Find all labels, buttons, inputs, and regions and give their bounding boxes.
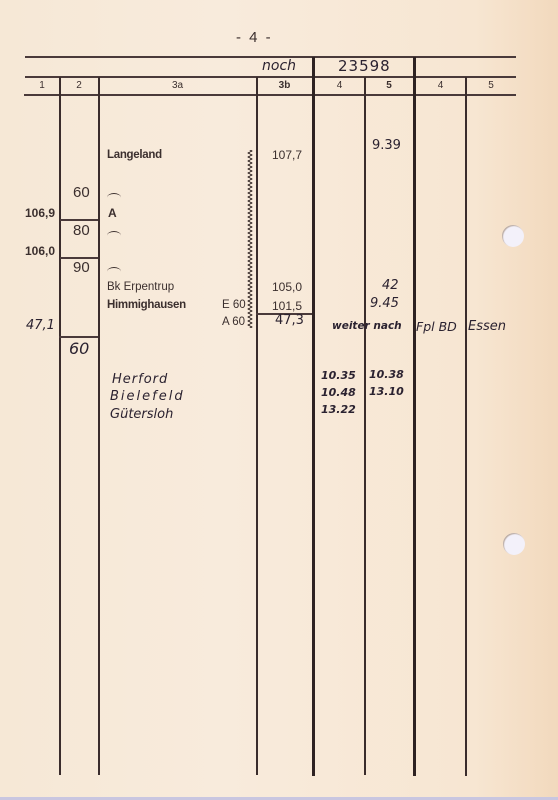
speed-60: 60: [73, 184, 90, 201]
col-header-3a: 3a: [99, 80, 256, 91]
col-divider-1-2: [59, 77, 61, 775]
note-weiter-nach: weiter nach: [332, 320, 402, 332]
arc-icon: [107, 267, 121, 276]
col-divider-4b-5b: [465, 77, 467, 776]
station-langeland: Langeland: [107, 149, 162, 161]
stop-guetersloh: Gütersloh: [110, 407, 173, 422]
speed-90: 90: [73, 259, 90, 276]
km-47-1: 47,1: [26, 318, 55, 333]
station-erpentrup: Bk Erpentrup: [107, 281, 174, 293]
dep-herford: 10.38: [369, 368, 404, 381]
col-header-5: 5: [365, 80, 413, 91]
col-divider-4-5: [364, 77, 366, 775]
col-divider-2-3a: [98, 77, 100, 775]
time-langeland: 9.39: [372, 138, 401, 153]
km-106-0: 106,0: [25, 244, 55, 258]
col-divider-3a-3b: [256, 77, 258, 775]
time-himmighausen: 9.45: [370, 296, 399, 311]
col-header-5b: 5: [466, 80, 516, 91]
col-header-2: 2: [60, 80, 98, 91]
stop-bielefeld: Bielefeld: [110, 389, 185, 404]
punch-hole-top: [502, 225, 524, 247]
dep-bielefeld: 13.10: [369, 385, 404, 398]
km-106-9: 106,9: [25, 206, 55, 220]
marker-a: A: [108, 206, 117, 220]
page-number: - 4 -: [236, 29, 273, 46]
col-divider-3b-4: [312, 57, 315, 776]
col-header-3b: 3b: [257, 80, 312, 91]
speed-divider-1: [60, 219, 98, 221]
station-himmighausen: Himmighausen: [107, 299, 186, 311]
timetable-ref: Fpl BD: [416, 319, 457, 334]
col-divider-5-4b: [413, 57, 416, 776]
stop-herford: Herford: [112, 372, 168, 387]
speed-80: 80: [73, 222, 90, 239]
arc-icon: [107, 231, 121, 240]
arr-herford: 10.35: [321, 369, 356, 382]
km-langeland: 107,7: [272, 148, 302, 162]
km-new-line: 47,3: [275, 313, 304, 328]
noch-label: noch: [262, 58, 296, 74]
exit-speed-label: A 60: [222, 316, 245, 328]
punch-hole-bottom: [503, 533, 525, 555]
arc-icon: [107, 193, 121, 202]
train-number: 23598: [338, 57, 391, 75]
arr-bielefeld: 10.48: [321, 386, 356, 399]
col-header-1: 1: [25, 80, 59, 91]
time-erpentrup: 42: [382, 278, 399, 293]
entry-speed-label: E 60: [222, 299, 246, 311]
arr-guetersloh: 13.22: [321, 403, 356, 416]
km-himmighausen: 101,5: [272, 299, 302, 313]
zigzag-track-line: [246, 150, 256, 328]
speed-divider-3: [59, 336, 98, 338]
destination-essen: Essen: [468, 319, 506, 334]
km-erpentrup: 105,0: [272, 280, 302, 294]
speed-60-handwritten: 60: [69, 339, 89, 358]
col-header-4b: 4: [416, 80, 465, 91]
col-header-4: 4: [315, 80, 364, 91]
